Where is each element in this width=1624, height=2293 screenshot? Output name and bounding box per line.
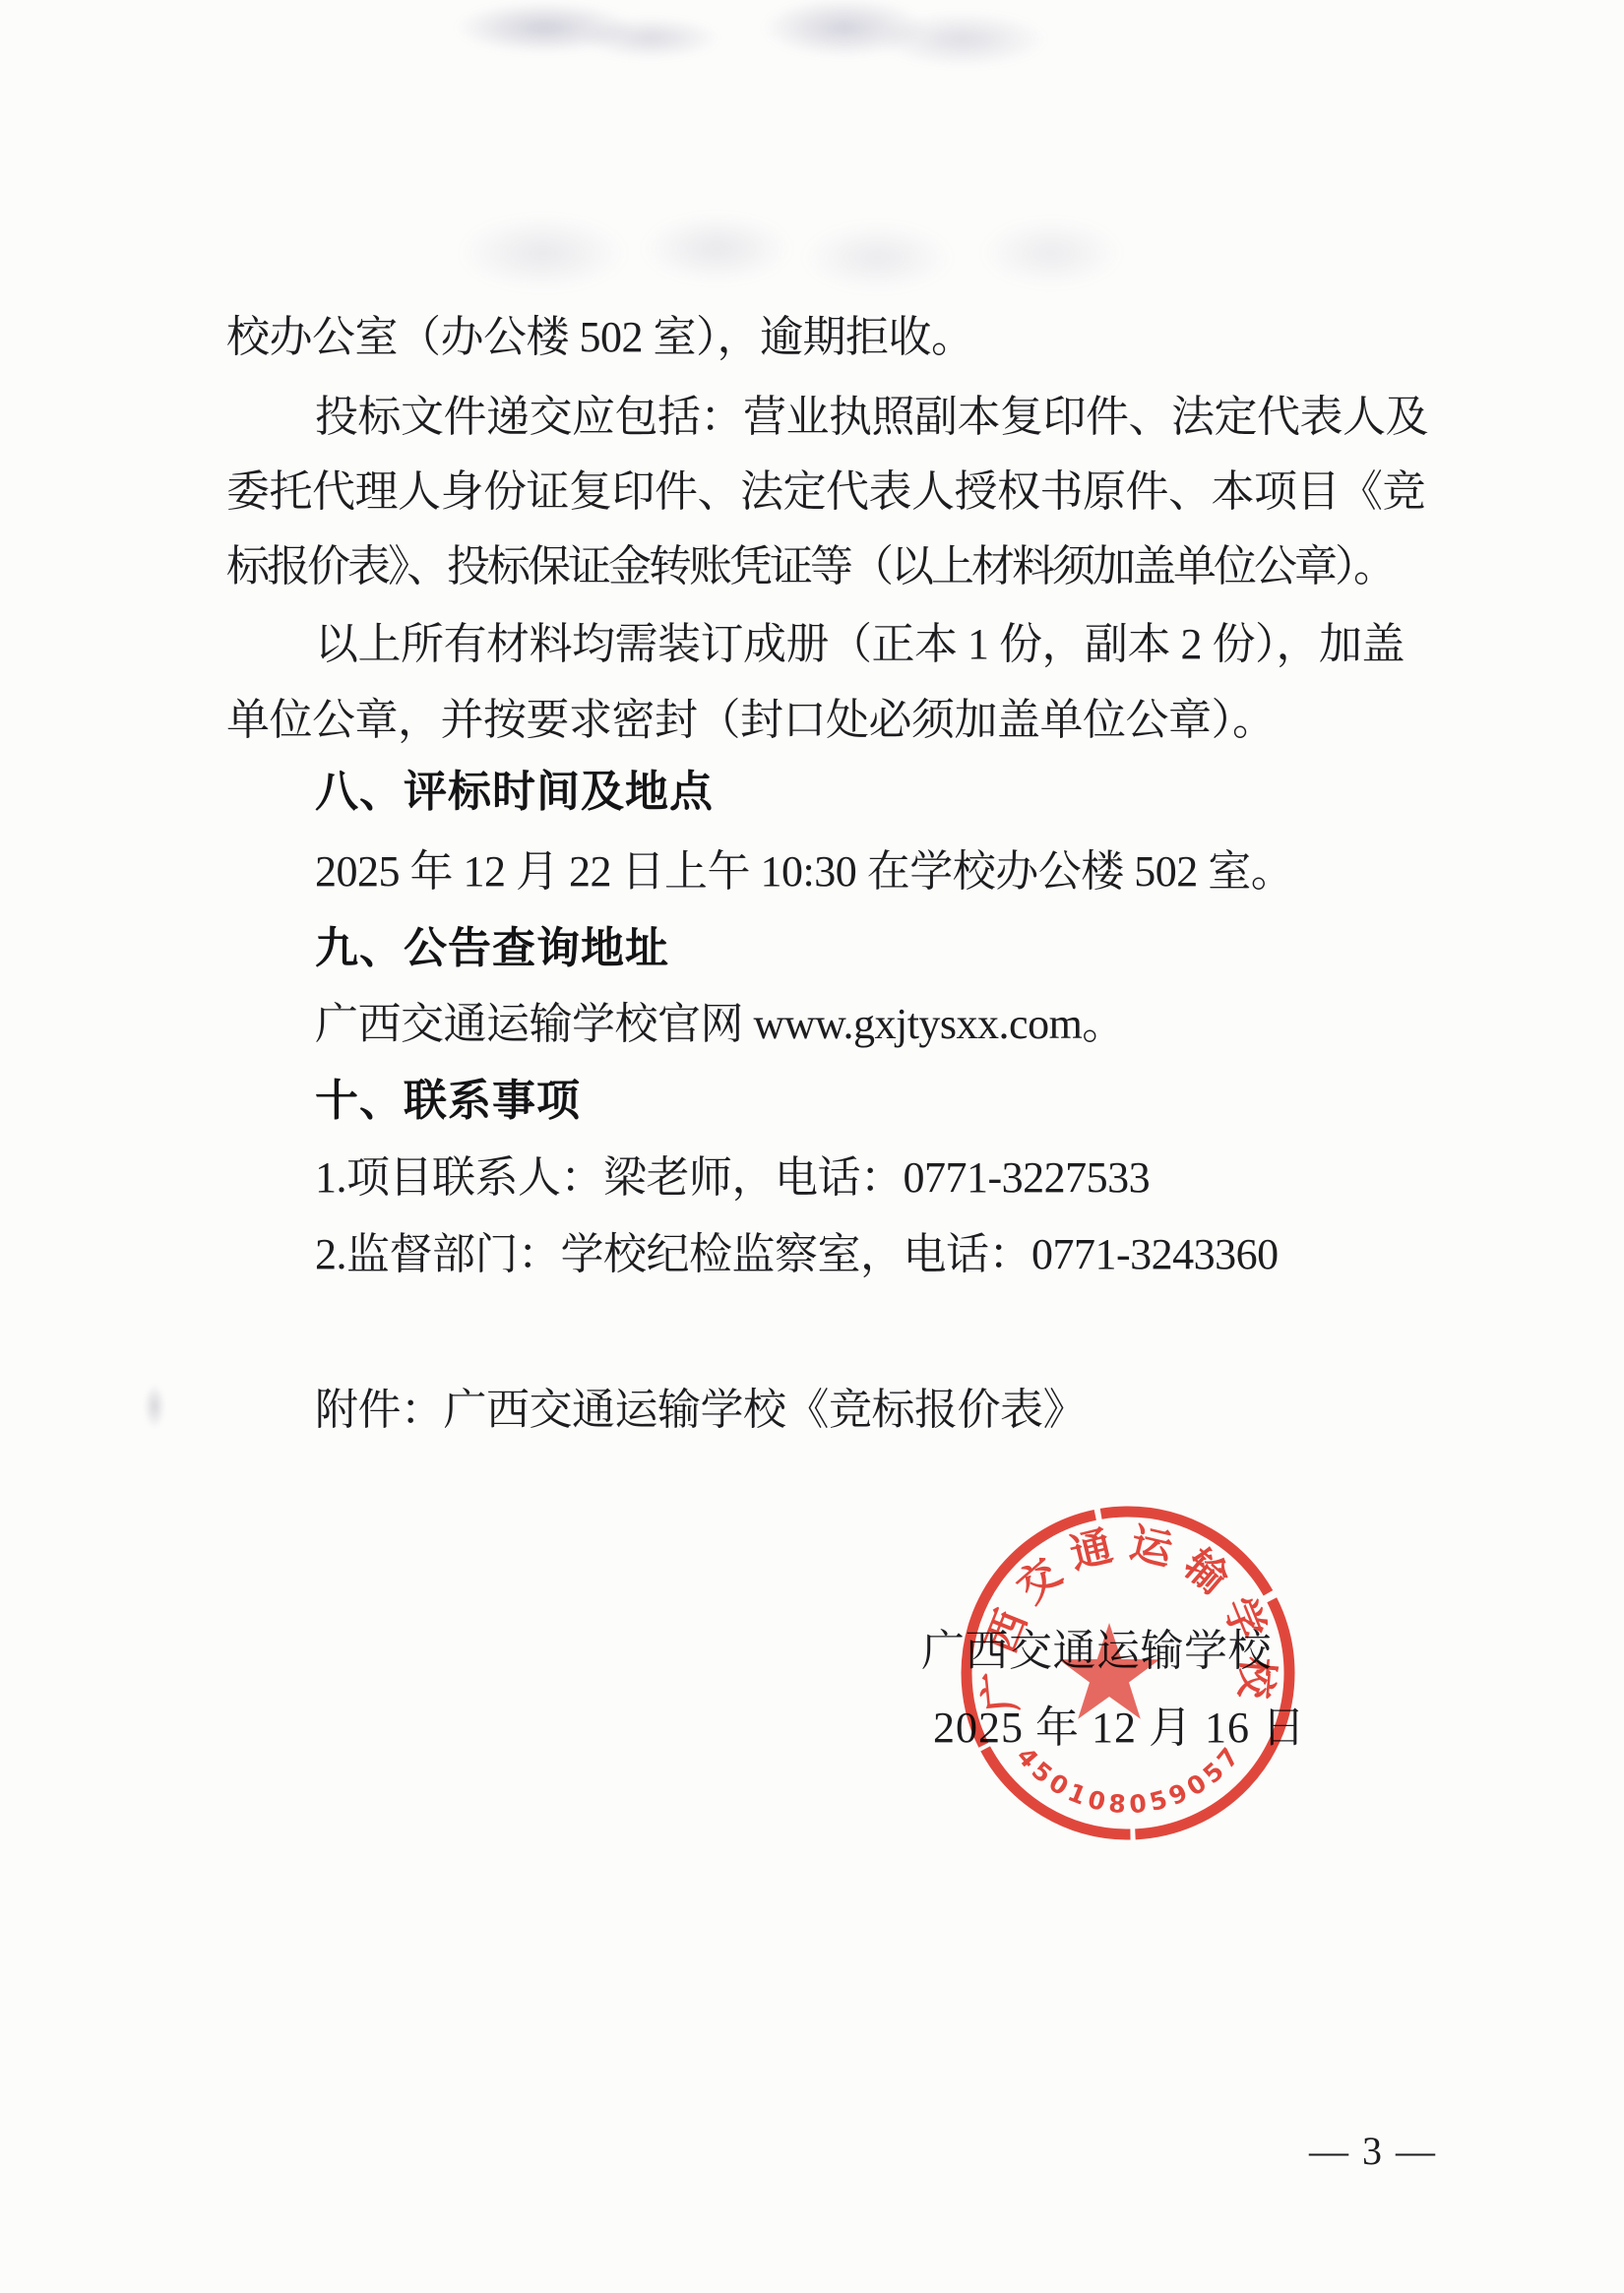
scan-artifact (445, 0, 730, 69)
doc-line: 校办公室（办公楼 502 室），逾期拒收。 (226, 313, 974, 362)
attachment-line: 附件：广西交通运输学校《竞标报价表》 (315, 1386, 1086, 1435)
document-page: 校办公室（办公楼 502 室），逾期拒收。 投标文件递交应包括：营业执照副本复印… (0, 0, 1624, 2293)
scan-artifact (463, 209, 1132, 297)
doc-line: 2025 年 12 月 22 日上午 10:30 在学校办公楼 502 室。 (315, 847, 1293, 897)
section-heading-10: 十、联系事项 (315, 1077, 581, 1126)
section-heading-8: 八、评标时间及地点 (315, 768, 714, 817)
scan-artifact (756, 0, 1051, 79)
doc-line: 委托代理人身份证复印件、法定代表人授权书原件、本项目《竞 (226, 467, 1425, 517)
section-heading-9: 九、公告查询地址 (315, 924, 669, 973)
doc-line: 以上所有材料均需装订成册（正本 1 份，副本 2 份），加盖 (315, 620, 1405, 669)
seal-star-icon (1059, 1623, 1160, 1719)
page-number: — 3 — (1309, 2128, 1437, 2174)
doc-line: 投标文件递交应包括：营业执照副本复印件、法定代表人及 (315, 393, 1428, 442)
doc-line-website: 广西交通运输学校官网 www.gxjtysxx.com。 (315, 1000, 1125, 1049)
doc-line-contact-2: 2.监督部门：学校纪检监察室，电话：0771-3243360 (315, 1230, 1279, 1279)
doc-line-contact-1: 1.项目联系人：梁老师，电话：0771-3227533 (315, 1153, 1150, 1203)
official-seal: 广西交通运输学校 4501080590579 (931, 1476, 1325, 1870)
doc-line: 单位公章，并按要求密封（封口处必须加盖单位公章）。 (226, 696, 1276, 745)
scan-artifact (144, 1384, 165, 1429)
doc-line: 标报价表》、投标保证金转账凭证等（以上材料须加盖单位公章）。 (226, 542, 1394, 591)
